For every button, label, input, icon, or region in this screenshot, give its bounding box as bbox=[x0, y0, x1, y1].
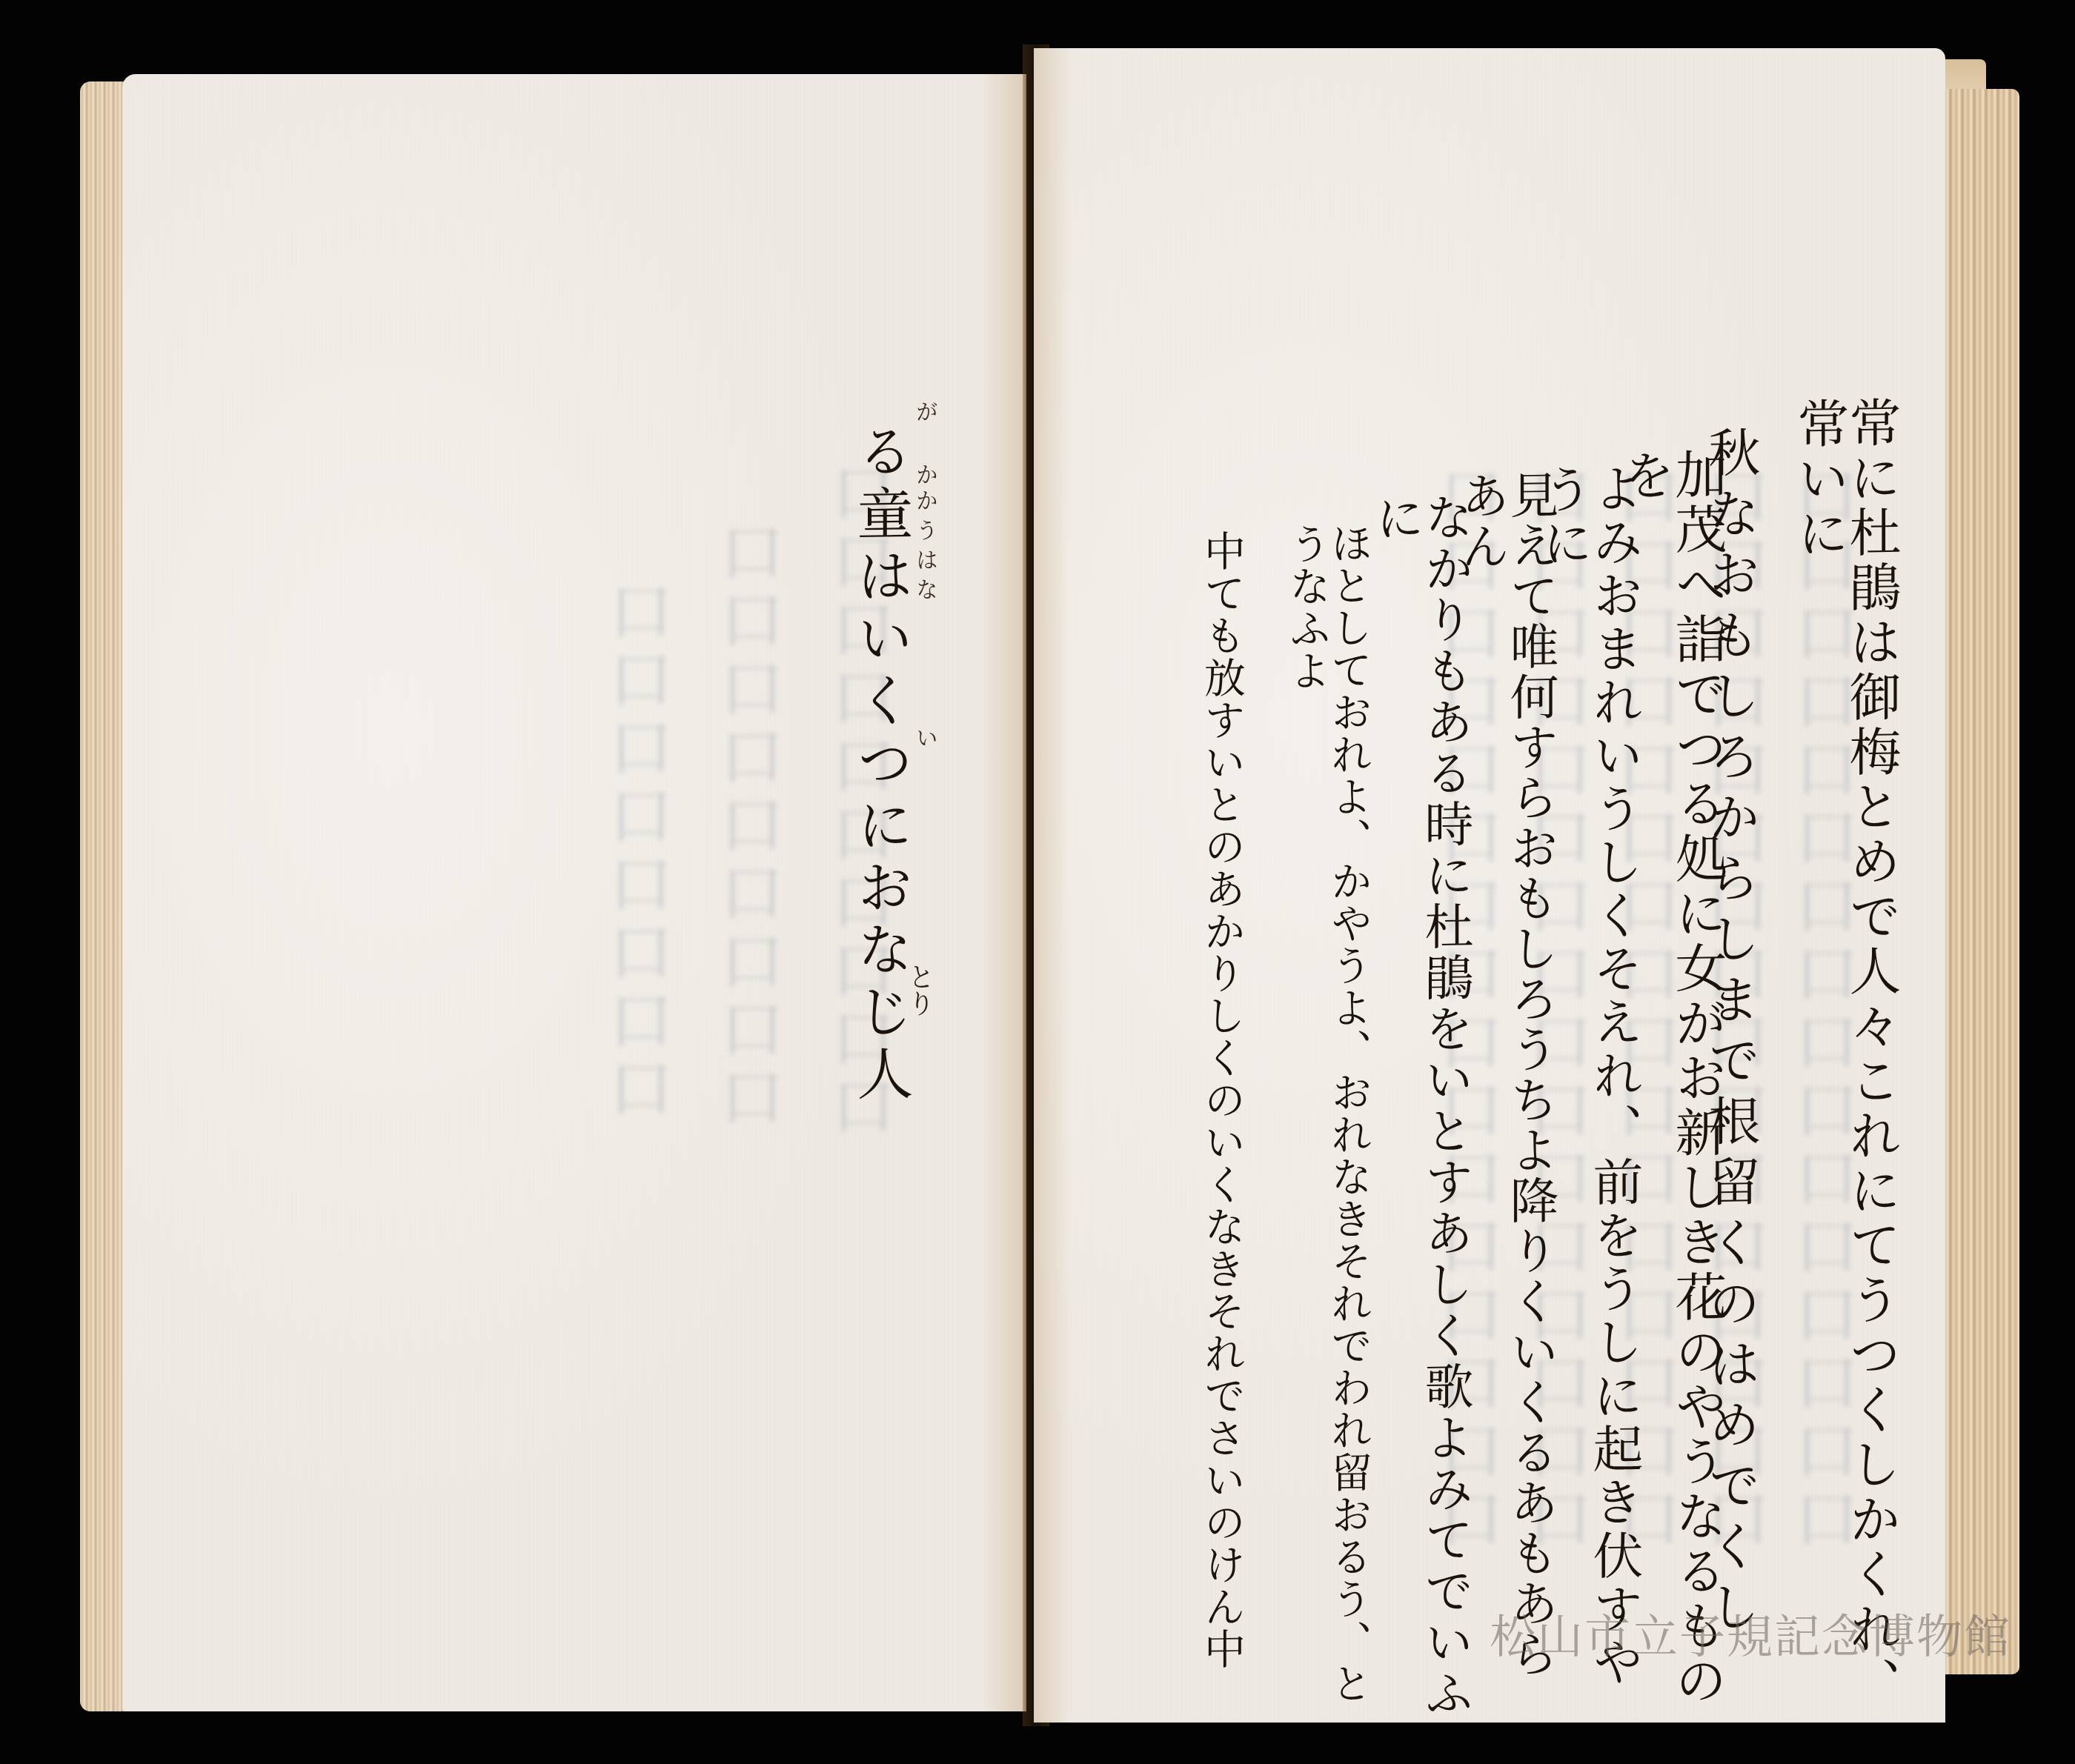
left-ruby-kouhana: かうはな bbox=[908, 489, 940, 608]
right-column-8: 中ても放すいとのあかりしくのいくなきそれでさいのけん中 bbox=[1201, 530, 1242, 1671]
left-ruby-i: い bbox=[908, 726, 940, 756]
right-column-6: なかりもある時に杜鵑をいとすあしく歌よみてでいふに bbox=[1371, 492, 1469, 1723]
right-page-edges bbox=[1942, 89, 2019, 1674]
right-column-1: 常に杜鵑は御梅とめで人々これにてうつくしかくれ、常いに bbox=[1793, 396, 1897, 1723]
right-page-gutter-shadow bbox=[1034, 48, 1071, 1723]
bleed-through-ghost: 口口口口口口口口口 bbox=[700, 519, 792, 1132]
left-page-gutter-shadow bbox=[982, 74, 1026, 1711]
left-page: 口口口口口口口口口口 口口口口口口口口口 口口口口口口口口 る童はいくつにおなじ… bbox=[122, 74, 1026, 1711]
open-book: 口口口口口口口口口口 口口口口口口口口口 口口口口口口口口 る童はいくつにおなじ… bbox=[0, 0, 2075, 1764]
left-page-edges bbox=[80, 81, 126, 1711]
right-page: 口口口口口口口口口口口口口口口口 口口口口口口口口口口口口口口口口 口口口口口口… bbox=[1034, 48, 1945, 1723]
right-column-7: ほとしておれよ、かやうよ、おれなきそれでわれ留おるう、とうなふよ bbox=[1286, 522, 1369, 1723]
museum-watermark: 松山市立子規記念博物館 bbox=[1490, 1600, 2011, 1666]
bleed-through-ghost: 口口口口口口口口 bbox=[589, 578, 681, 1123]
left-tail-note: とり bbox=[900, 963, 938, 1016]
left-ruby-gaka: が か bbox=[908, 400, 940, 493]
